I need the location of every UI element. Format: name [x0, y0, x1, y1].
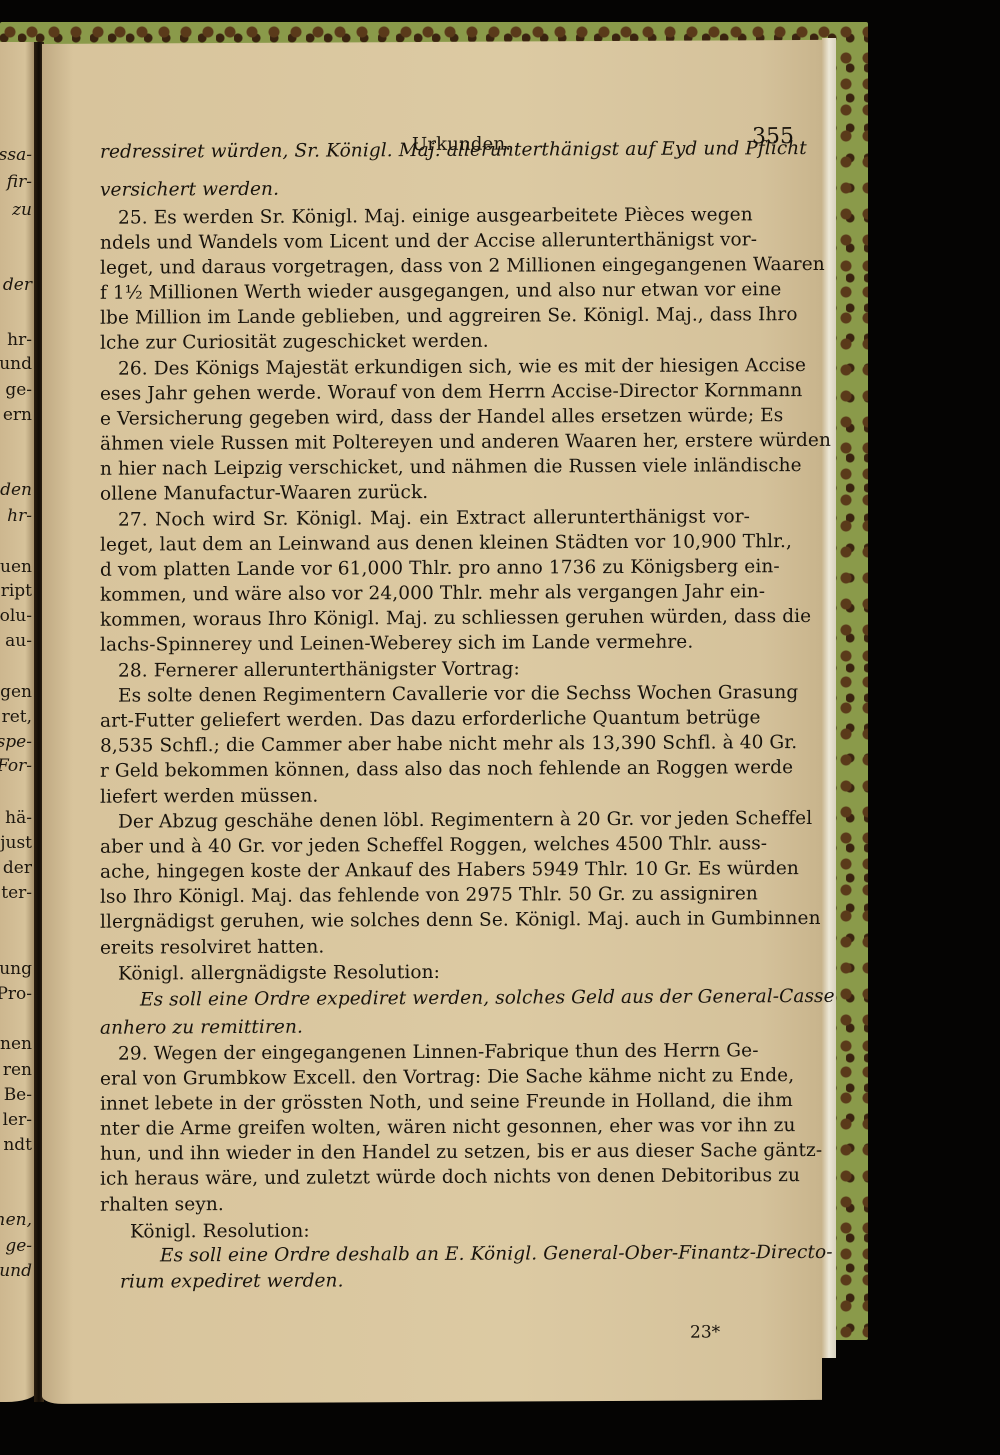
left-page-fragment: fir- — [7, 171, 32, 193]
text-line: ollene Manufactur-Waaren zurück. — [100, 480, 750, 504]
left-page-fragment: hr- — [7, 505, 32, 527]
left-page-fragment: und — [0, 353, 32, 375]
left-page-fragment: olu- — [0, 605, 32, 627]
text-line: kommen, woraus Ihro Königl. Maj. zu schl… — [100, 606, 750, 630]
text-line: 25. Es werden Sr. Königl. Maj. einige au… — [118, 204, 750, 228]
right-page: Urkunden. 355 23* redressiret würden, Sr… — [42, 40, 822, 1404]
text-line: rium expediret werden. — [120, 1268, 750, 1292]
left-page-fragment: ret, — [2, 706, 32, 728]
page-stack-edge — [822, 38, 836, 1358]
text-line: art-Futter geliefert werden. Das dazu er… — [100, 707, 750, 731]
left-page-edge: ssa-fir-zuderhr-undge-erndenhr-uenriptol… — [0, 42, 36, 1402]
text-line: e Versicherung gegeben wird, dass der Ha… — [100, 405, 750, 429]
left-page-fragment: ung — [0, 958, 32, 980]
text-line: ähmen viele Russen mit Poltereyen und an… — [100, 430, 750, 454]
text-line: ache, hingegen koste der Ankauf des Habe… — [100, 858, 750, 882]
text-line: rhalten seyn. — [100, 1191, 750, 1215]
text-line: n hier nach Leipzig verschicket, und näh… — [100, 455, 750, 479]
text-line: aber und à 40 Gr. vor jeden Scheffel Rog… — [100, 833, 750, 857]
left-page-fragment: hen, — [0, 1209, 32, 1231]
left-page-fragment: hr- — [7, 329, 32, 351]
left-page-fragment: den — [0, 479, 32, 501]
left-page-fragment: der — [3, 857, 32, 879]
left-page-fragment: hä- — [5, 807, 32, 829]
text-line: versichert werden. — [100, 176, 750, 200]
left-page-fragment: just — [0, 832, 32, 854]
text-line: ndels und Wandels vom Licent und der Acc… — [100, 229, 750, 253]
left-page-fragment: gen — [0, 681, 32, 703]
left-page-fragment: au- — [5, 630, 32, 652]
text-line: Es solte denen Regimentern Cavallerie vo… — [118, 682, 750, 706]
text-line: lso Ihro Königl. Maj. das fehlende von 2… — [100, 883, 750, 907]
text-line: kommen, und wäre also vor 24,000 Thlr. m… — [100, 581, 750, 605]
text-line: Es soll eine Ordre expediret werden, sol… — [140, 986, 750, 1010]
left-page-fragment: ern — [3, 404, 32, 426]
text-line: anhero zu remittiren. — [100, 1014, 750, 1038]
text-line: f 1½ Millionen Werth wieder ausgegangen,… — [100, 279, 750, 303]
text-line: 29. Wegen der eingegangenen Linnen-Fabri… — [118, 1040, 750, 1064]
left-page-fragment: ler- — [3, 1109, 32, 1131]
left-page-fragment: ndt — [3, 1134, 32, 1156]
text-line: leget, und daraus vorgetragen, dass von … — [100, 254, 750, 278]
text-line: leget, laut dem an Leinwand aus denen kl… — [100, 531, 750, 555]
text-line: lche zur Curiosität zugeschicket werden. — [100, 329, 750, 353]
text-line: innet lebete in der grössten Noth, und s… — [100, 1090, 750, 1114]
left-page-fragment: spe- — [0, 731, 32, 753]
text-line: ereits resolviret hatten. — [100, 934, 750, 958]
left-page-fragment: ter- — [1, 882, 32, 904]
text-line: hun, und ihn wieder in den Handel zu set… — [100, 1140, 750, 1164]
left-page-fragment: uen — [0, 556, 32, 578]
text-line: ich heraus wäre, und zuletzt würde doch … — [100, 1165, 750, 1189]
left-page-fragment: der — [3, 274, 32, 296]
text-line: eral von Grumbkow Excell. den Vortrag: D… — [100, 1065, 750, 1089]
text-line: Königl. allergnädigste Resolution: — [118, 960, 750, 984]
text-line: 27. Noch wird Sr. Königl. Maj. ein Extra… — [118, 506, 750, 530]
text-line: lbe Million im Lande geblieben, und aggr… — [100, 304, 750, 328]
text-line: 8,535 Schfl.; die Cammer aber habe nicht… — [100, 732, 750, 756]
text-line: llergnädigst geruhen, wie solches denn S… — [100, 908, 750, 932]
text-line: lachs-Spinnerey und Leinen-Weberey sich … — [100, 631, 750, 655]
left-page-fragment: ge- — [5, 379, 32, 401]
left-page-fragment: ssa- — [0, 144, 32, 166]
left-page-fragment: For- — [0, 755, 32, 777]
text-line: r Geld bekommen können, dass also das no… — [100, 757, 750, 781]
text-line: Königl. Resolution: — [130, 1218, 750, 1242]
left-page-fragment: zu — [12, 199, 32, 221]
text-line: liefert werden müssen. — [100, 783, 750, 807]
text-line: redressiret würden, Sr. Königl. Maj. all… — [100, 138, 750, 162]
text-line: nter die Arme greifen wolten, wären nich… — [100, 1115, 750, 1139]
text-line: eses Jahr gehen werde. Worauf von dem He… — [100, 380, 750, 404]
left-page-fragment: ren — [3, 1059, 32, 1081]
text-line: Der Abzug geschähe denen löbl. Regimente… — [118, 808, 750, 832]
text-line: Es soll eine Ordre deshalb an E. Königl.… — [160, 1242, 750, 1266]
left-page-fragment: Be- — [4, 1084, 32, 1106]
text-line: 28. Fernerer allerunterthänigster Vortra… — [118, 657, 750, 681]
signature-mark: 23* — [690, 1322, 720, 1342]
left-page-fragment: nen — [0, 1033, 32, 1055]
left-page-fragment: und — [0, 1260, 32, 1282]
left-page-fragment: Pro- — [0, 983, 32, 1005]
text-line: 26. Des Königs Majestät erkundigen sich,… — [118, 355, 750, 379]
left-page-fragment: ge- — [5, 1235, 32, 1257]
text-line: d vom platten Lande vor 61,000 Thlr. pro… — [100, 556, 750, 580]
left-page-fragment: ript — [1, 580, 32, 602]
